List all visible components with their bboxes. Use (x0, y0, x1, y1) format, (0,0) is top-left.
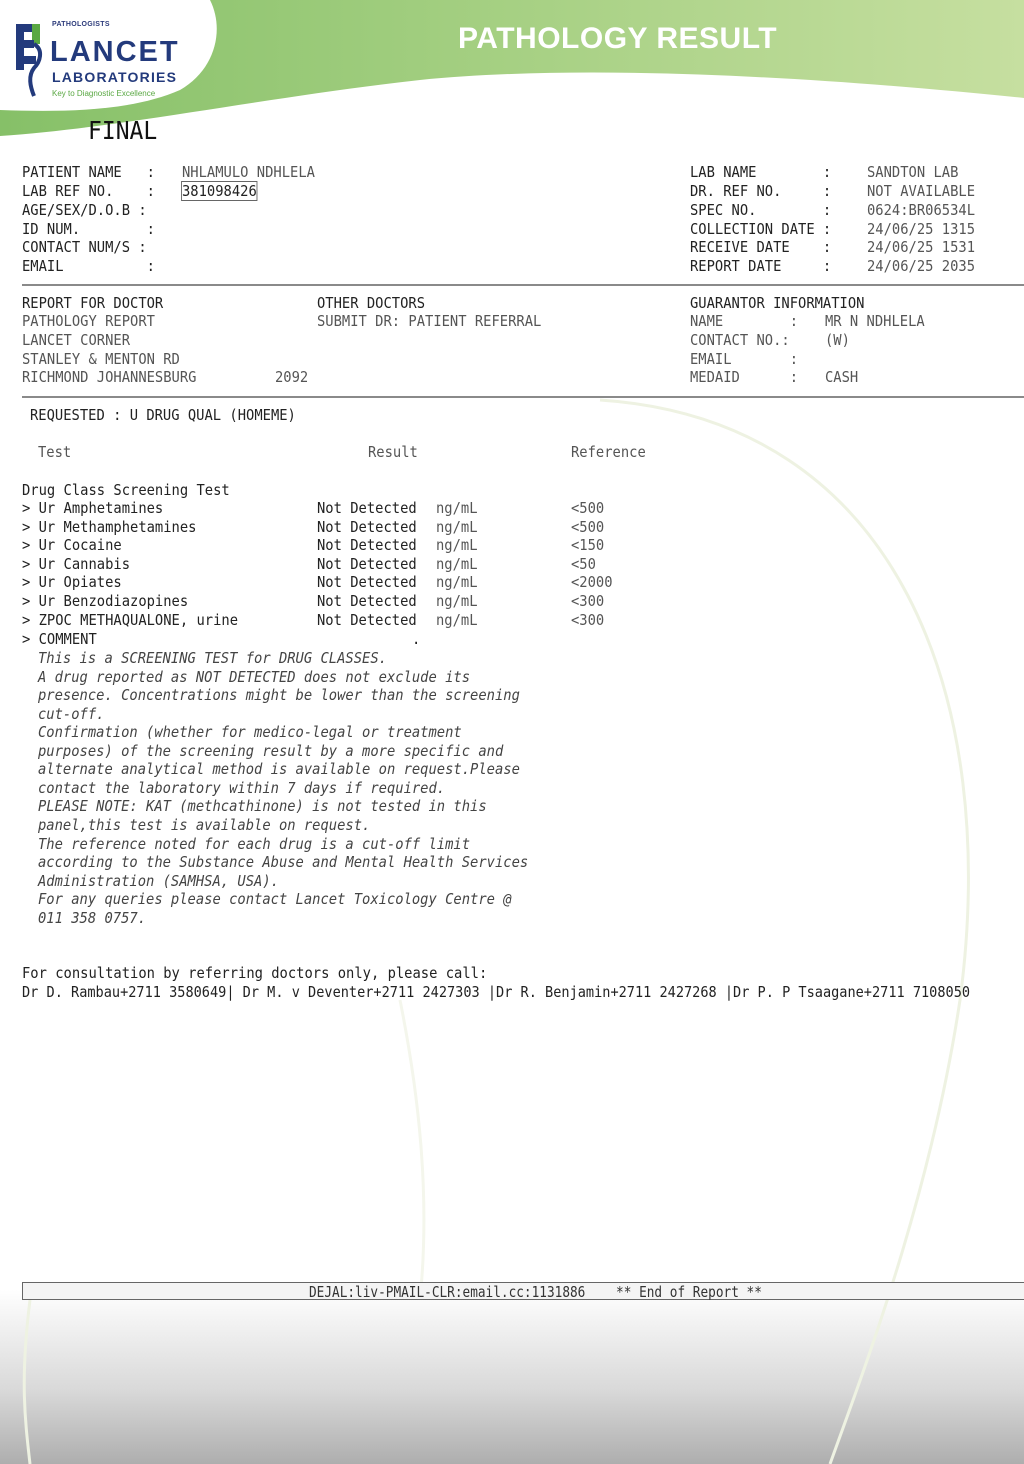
patient-field-label: ID NUM. : (22, 220, 155, 238)
doctor-line: LANCET CORNER (22, 331, 130, 349)
doctor-line: RICHMOND JOHANNESBURG (22, 368, 196, 386)
divider (22, 284, 1024, 286)
guarantor-field-label: EMAIL : (690, 350, 798, 368)
test-reference: <2000 (571, 573, 613, 591)
test-unit: ng/mL (436, 499, 478, 517)
page-title: PATHOLOGY RESULT (458, 22, 777, 56)
test-unit: ng/mL (436, 592, 478, 610)
report-status: FINAL (88, 116, 157, 145)
logo-overline: PATHOLOGISTS (52, 21, 110, 28)
lab-field-label: SPEC NO. : (690, 201, 831, 219)
test-name: > Ur Benzodiazopines (22, 592, 188, 610)
comment-line: Administration (SAMHSA, USA). (38, 872, 279, 890)
column-header-result: Result (368, 443, 418, 461)
guarantor-heading: GUARANTOR INFORMATION (690, 294, 864, 312)
comment-line: presence. Concentrations might be lower … (38, 686, 520, 704)
lab-field-label: RECEIVE DATE : (690, 238, 831, 256)
patient-field-label: LAB REF NO. : (22, 182, 155, 200)
test-name: > Ur Amphetamines (22, 499, 163, 517)
comment-line: contact the laboratory within 7 days if … (38, 779, 445, 797)
report-date: 24/06/25 2035 (867, 257, 975, 275)
comment-line: cut-off. (38, 705, 104, 723)
test-reference: <50 (571, 555, 596, 573)
comment-line: purposes) of the screening result by a m… (38, 742, 503, 760)
other-doctors-heading: OTHER DOCTORS (317, 294, 425, 312)
test-reference: <150 (571, 536, 604, 554)
test-result: Not Detected (317, 573, 417, 591)
test-reference: <300 (571, 592, 604, 610)
doctor-line: PATHOLOGY REPORT (22, 312, 155, 330)
consultation-contacts: Dr D. Rambau+2711 3580649| Dr M. v Deven… (22, 983, 970, 1001)
test-reference: <300 (571, 611, 604, 629)
test-unit: ng/mL (436, 518, 478, 536)
guarantor-field-label: MEDAID : (690, 368, 798, 386)
lab-field-label: COLLECTION DATE : (690, 220, 831, 238)
doctor-line: STANLEY & MENTON RD (22, 350, 180, 368)
test-name: > ZPOC METHAQUALONE, urine (22, 611, 238, 629)
column-header-test: Test (38, 443, 71, 461)
test-result: Not Detected (317, 555, 417, 573)
consultation-intro: For consultation by referring doctors on… (22, 964, 487, 982)
end-of-report-text: DEJAL:liv-PMAIL-CLR:email.cc:1131886 ** … (309, 1283, 762, 1301)
logo-mark-icon (14, 20, 46, 98)
column-header-reference: Reference (571, 443, 646, 461)
doctor-heading: REPORT FOR DOCTOR (22, 294, 163, 312)
comment-line: alternate analytical method is available… (38, 760, 520, 778)
other-doctors-line: SUBMIT DR: PATIENT REFERRAL (317, 312, 541, 330)
guarantor-name: MR N NDHLELA (825, 312, 925, 330)
test-result: Not Detected (317, 499, 417, 517)
patient-field-label: EMAIL : (22, 257, 155, 275)
guarantor-field-label: NAME : (690, 312, 798, 330)
comment-line: Confirmation (whether for medico-legal o… (38, 723, 462, 741)
logo-tagline: Key to Diagnostic Excellence (52, 89, 155, 98)
test-result: Not Detected (317, 536, 417, 554)
comment-label: > COMMENT (22, 630, 97, 648)
test-result: Not Detected (317, 592, 417, 610)
test-name: > Ur Cannabis (22, 555, 130, 573)
test-result: Not Detected (317, 518, 417, 536)
test-name: > Ur Methamphetamines (22, 518, 196, 536)
dr-ref-number: NOT AVAILABLE (867, 182, 975, 200)
test-group-title: Drug Class Screening Test (22, 481, 230, 499)
comment-result: . (412, 630, 420, 648)
test-name: > Ur Cocaine (22, 536, 122, 554)
lab-field-label: LAB NAME : (690, 163, 831, 181)
comment-line: panel,this test is available on request. (38, 816, 370, 834)
comment-line: The reference noted for each drug is a c… (38, 835, 470, 853)
end-of-report-bar: DEJAL:liv-PMAIL-CLR:email.cc:1131886 ** … (22, 1282, 1024, 1300)
comment-line: For any queries please contact Lancet To… (38, 890, 512, 908)
spec-number: 0624:BR06534L (867, 201, 975, 219)
requested-test: REQUESTED : U DRUG QUAL (HOMEME) (30, 406, 296, 424)
lab-name: SANDTON LAB (867, 163, 958, 181)
test-unit: ng/mL (436, 573, 478, 591)
patient-name: NHLAMULO NDHLELA (182, 163, 315, 181)
guarantor-medaid: CASH (825, 368, 858, 386)
collection-date: 24/06/25 1315 (867, 220, 975, 238)
guarantor-field-label: CONTACT NO.: (690, 331, 790, 349)
test-name: > Ur Opiates (22, 573, 122, 591)
guarantor-contact: (W) (825, 331, 850, 349)
test-unit: ng/mL (436, 611, 478, 629)
patient-field-label: AGE/SEX/D.O.B : (22, 201, 147, 219)
comment-line: 011 358 0757. (38, 909, 146, 927)
doctor-postcode: 2092 (275, 368, 308, 386)
test-unit: ng/mL (436, 536, 478, 554)
comment-line: PLEASE NOTE: KAT (methcathinone) is not … (38, 797, 487, 815)
comment-line: This is a SCREENING TEST for DRUG CLASSE… (38, 649, 387, 667)
test-reference: <500 (571, 499, 604, 517)
lab-field-label: REPORT DATE : (690, 257, 831, 275)
divider (22, 396, 1024, 398)
lab-ref-number: 381098426 (182, 182, 257, 200)
patient-field-label: CONTACT NUM/S : (22, 238, 147, 256)
logo-subbrand: LABORATORIES (52, 69, 177, 85)
test-result: Not Detected (317, 611, 417, 629)
logo-brand: LANCET (50, 36, 180, 69)
comment-line: according to the Substance Abuse and Men… (38, 853, 528, 871)
test-reference: <500 (571, 518, 604, 536)
test-unit: ng/mL (436, 555, 478, 573)
receive-date: 24/06/25 1531 (867, 238, 975, 256)
patient-field-label: PATIENT NAME : (22, 163, 155, 181)
lab-field-label: DR. REF NO. : (690, 182, 831, 200)
lancet-logo: PATHOLOGISTS LANCET LABORATORIES Key to … (14, 18, 184, 100)
comment-line: A drug reported as NOT DETECTED does not… (38, 668, 470, 686)
